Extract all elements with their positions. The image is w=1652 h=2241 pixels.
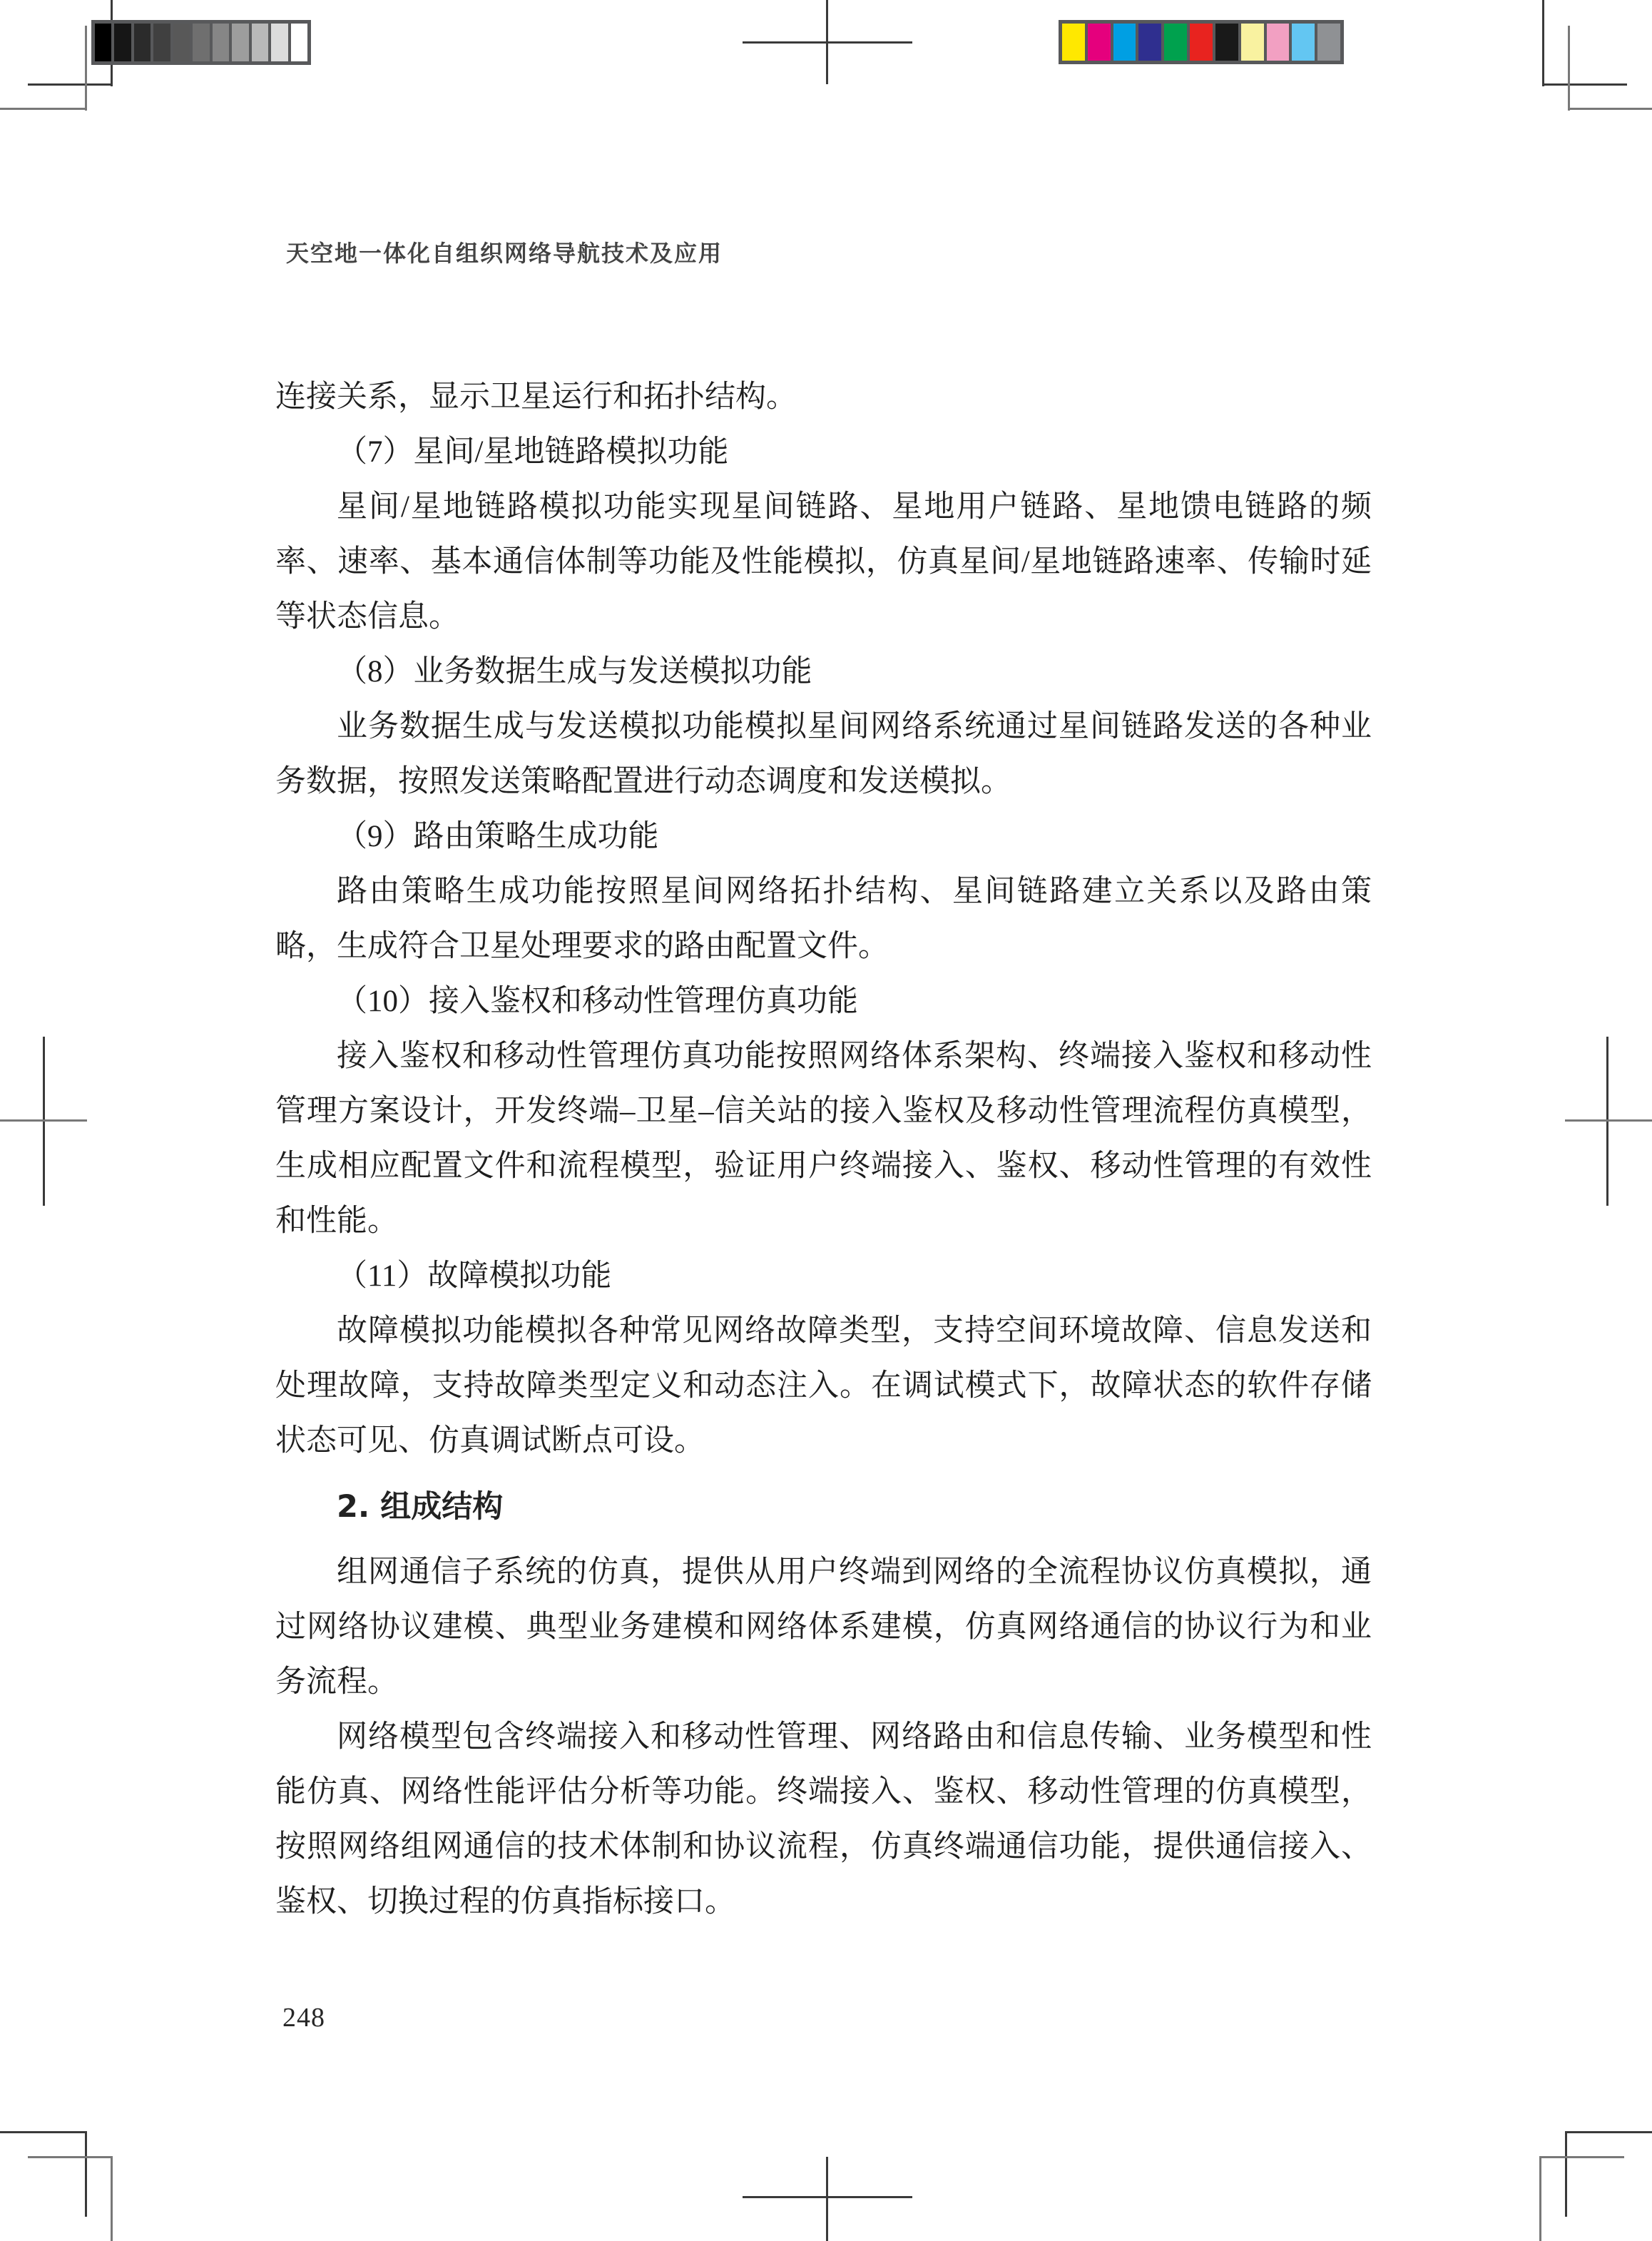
- body-paragraph: 连接关系，显示卫星运行和拓扑结构。: [275, 370, 1372, 425]
- body-paragraph: 路由策略生成功能按照星间网络拓扑结构、星间链路建立关系以及路由策略，生成符合卫星…: [275, 864, 1372, 974]
- list-item-heading: （8）业务数据生成与发送模拟功能: [275, 644, 1372, 699]
- calibration-swatch: [1241, 24, 1264, 61]
- color-calibration-bar: [1059, 20, 1344, 64]
- calibration-swatch: [1138, 24, 1161, 61]
- calibration-swatch: [1062, 24, 1085, 61]
- crop-mark-top-left-v2: [85, 26, 87, 111]
- body-paragraph: 网络模型包含终端接入和移动性管理、网络路由和信息传输、业务模型和性能仿真、网络性…: [275, 1709, 1372, 1929]
- crop-mark-bottom-right-v2: [1539, 2156, 1541, 2241]
- calibration-swatch: [252, 24, 268, 61]
- crop-mark-bottom-left-v1: [85, 2131, 87, 2217]
- register-cross-bottom-h: [743, 2196, 912, 2198]
- register-cross-right-h: [1565, 1119, 1652, 1122]
- crop-mark-bottom-left-h2: [28, 2156, 113, 2158]
- calibration-swatch: [232, 24, 248, 61]
- crop-mark-top-right-v2: [1568, 26, 1570, 111]
- calibration-swatch: [173, 24, 190, 61]
- crop-mark-bottom-right-v1: [1565, 2131, 1567, 2217]
- calibration-swatch: [153, 24, 170, 61]
- calibration-swatch: [1317, 24, 1340, 61]
- body-text-block: 连接关系，显示卫星运行和拓扑结构。 （7）星间/星地链路模拟功能 星间/星地链路…: [275, 370, 1372, 1929]
- calibration-swatch: [1164, 24, 1187, 61]
- crop-mark-bottom-left-v2: [111, 2156, 113, 2241]
- calibration-swatch: [1113, 24, 1136, 61]
- calibration-swatch: [1267, 24, 1290, 61]
- crop-mark-top-left-h1: [28, 83, 113, 86]
- register-cross-left-h: [0, 1119, 87, 1122]
- calibration-swatch: [271, 24, 287, 61]
- body-paragraph: 组网通信子系统的仿真，提供从用户终端到网络的全流程协议仿真模拟，通过网络协议建模…: [275, 1545, 1372, 1709]
- crop-mark-bottom-right-h1: [1565, 2131, 1652, 2133]
- calibration-swatch: [213, 24, 229, 61]
- calibration-swatch: [95, 24, 111, 61]
- calibration-swatch: [291, 24, 307, 61]
- calibration-swatch: [1190, 24, 1213, 61]
- section-heading: 2. 组成结构: [275, 1480, 1372, 1535]
- list-item-heading: （9）路由策略生成功能: [275, 809, 1372, 864]
- list-item-heading: （10）接入鉴权和移动性管理仿真功能: [275, 974, 1372, 1029]
- crop-mark-bottom-right-h2: [1539, 2156, 1624, 2158]
- register-cross-bottom-v: [826, 2157, 828, 2241]
- body-paragraph: 业务数据生成与发送模拟功能模拟星间网络系统通过星间链路发送的各种业务数据，按照发…: [275, 699, 1372, 809]
- grayscale-calibration-bar: [91, 20, 311, 65]
- page-number: 248: [282, 2002, 325, 2033]
- calibration-swatch: [1088, 24, 1111, 61]
- body-paragraph: 故障模拟功能模拟各种常见网络故障类型，支持空间环境故障、信息发送和处理故障，支持…: [275, 1304, 1372, 1468]
- crop-mark-top-right-h2: [1568, 108, 1652, 110]
- crop-mark-top-left-h2: [0, 108, 87, 110]
- running-head-title: 天空地一体化自组织网络导航技术及应用: [286, 235, 723, 268]
- calibration-swatch: [1215, 24, 1238, 61]
- calibration-swatch: [193, 24, 209, 61]
- crop-mark-top-right-v1: [1542, 0, 1544, 86]
- calibration-swatch: [114, 24, 131, 61]
- crop-mark-bottom-left-h1: [0, 2131, 87, 2133]
- register-cross-top-h: [743, 41, 912, 44]
- list-item-heading: （7）星间/星地链路模拟功能: [275, 425, 1372, 479]
- calibration-swatch: [134, 24, 151, 61]
- body-paragraph: 接入鉴权和移动性管理仿真功能按照网络体系架构、终端接入鉴权和移动性管理方案设计，…: [275, 1029, 1372, 1249]
- body-paragraph: 星间/星地链路模拟功能实现星间链路、星地用户链路、星地馈电链路的频率、速率、基本…: [275, 479, 1372, 644]
- crop-mark-top-right-h1: [1542, 83, 1627, 86]
- list-item-heading: （11）故障模拟功能: [275, 1249, 1372, 1304]
- calibration-swatch: [1292, 24, 1315, 61]
